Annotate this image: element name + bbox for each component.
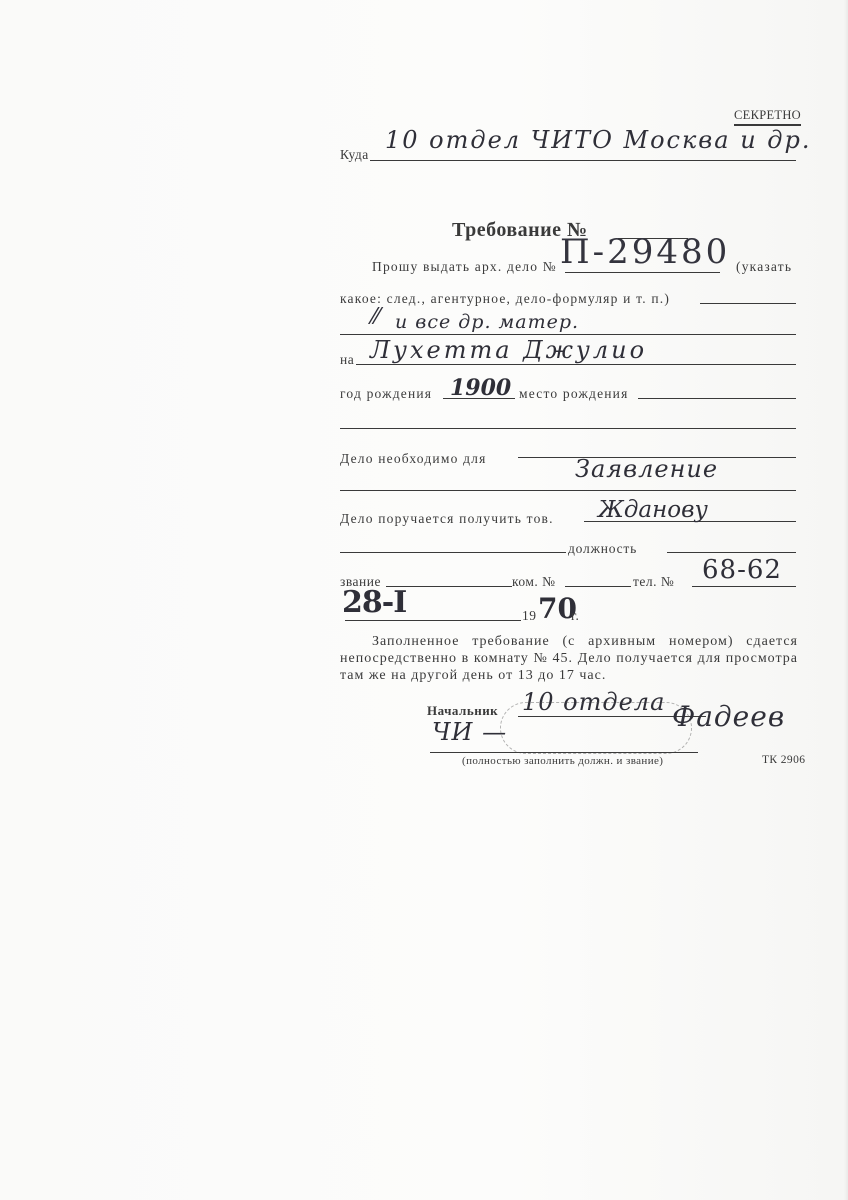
to-value: 10 отдел ЧИТО Москва и др. xyxy=(385,126,811,154)
phone-label: тел. № xyxy=(633,574,674,590)
form-code: ТК 2906 xyxy=(762,754,805,766)
position-line-left xyxy=(340,552,566,553)
date-line xyxy=(345,620,521,621)
room-line xyxy=(565,586,631,587)
phone-line xyxy=(692,586,796,587)
phone-value: 68-62 xyxy=(702,555,782,585)
faded-stamp xyxy=(500,702,692,754)
request-label: Прошу выдать арх. дело № xyxy=(372,259,557,275)
recipient-name-value: Жданову xyxy=(598,497,708,523)
case-number-value: П-29480 xyxy=(560,232,730,272)
to-label: Куда xyxy=(340,147,369,163)
signature-name: Фадеев xyxy=(672,700,785,733)
case-type-label: какое: след., агентурное, дело-формуляр … xyxy=(340,291,670,307)
case-number-line xyxy=(565,272,720,273)
room-label: ком. № xyxy=(512,574,556,590)
page-edge-shadow xyxy=(844,0,848,1200)
to-line xyxy=(370,160,796,161)
recipient-label: Дело поручается получить тов. xyxy=(340,511,554,527)
birth-year-value: 1900 xyxy=(450,375,511,401)
signature-line xyxy=(430,752,698,753)
document-page: СЕКРЕТНО Куда 10 отдел ЧИТО Москва и др.… xyxy=(0,0,848,1200)
case-type-value: и все др. матер. xyxy=(395,311,579,333)
person-name-value: Лухетта Джулио xyxy=(370,336,647,364)
date-day-month-value: 28-I xyxy=(342,585,406,620)
signature-line-value: ЧИ — xyxy=(432,718,507,746)
birth-place-label: место рождения xyxy=(519,386,629,402)
year-prefix: 19 xyxy=(522,608,537,624)
secret-stamp: СЕКРЕТНО xyxy=(734,108,801,126)
birth-year-label: год рождения xyxy=(340,386,432,402)
purpose-label: Дело необходимо для xyxy=(340,451,487,467)
chief-label: Начальник xyxy=(427,703,498,719)
purpose-line-2 xyxy=(340,490,796,491)
case-type-line-2 xyxy=(340,334,796,335)
person-label: на xyxy=(340,352,354,368)
position-line-right xyxy=(667,552,796,553)
year-suffix: г. xyxy=(571,608,579,624)
request-suffix: (указать xyxy=(736,259,792,275)
signature-caption: (полностью заполнить должн. и звание) xyxy=(462,755,663,767)
purpose-value: Заявление xyxy=(575,455,718,483)
strike-mark: ⁄⁄ xyxy=(372,305,379,330)
birth-place-line-2 xyxy=(340,428,796,429)
person-name-line xyxy=(356,364,796,365)
instructions-text: Заполненное требование (с архивным номер… xyxy=(340,633,798,684)
birth-place-line xyxy=(638,398,796,399)
position-label: должность xyxy=(568,541,637,557)
case-type-line-1 xyxy=(700,303,796,304)
